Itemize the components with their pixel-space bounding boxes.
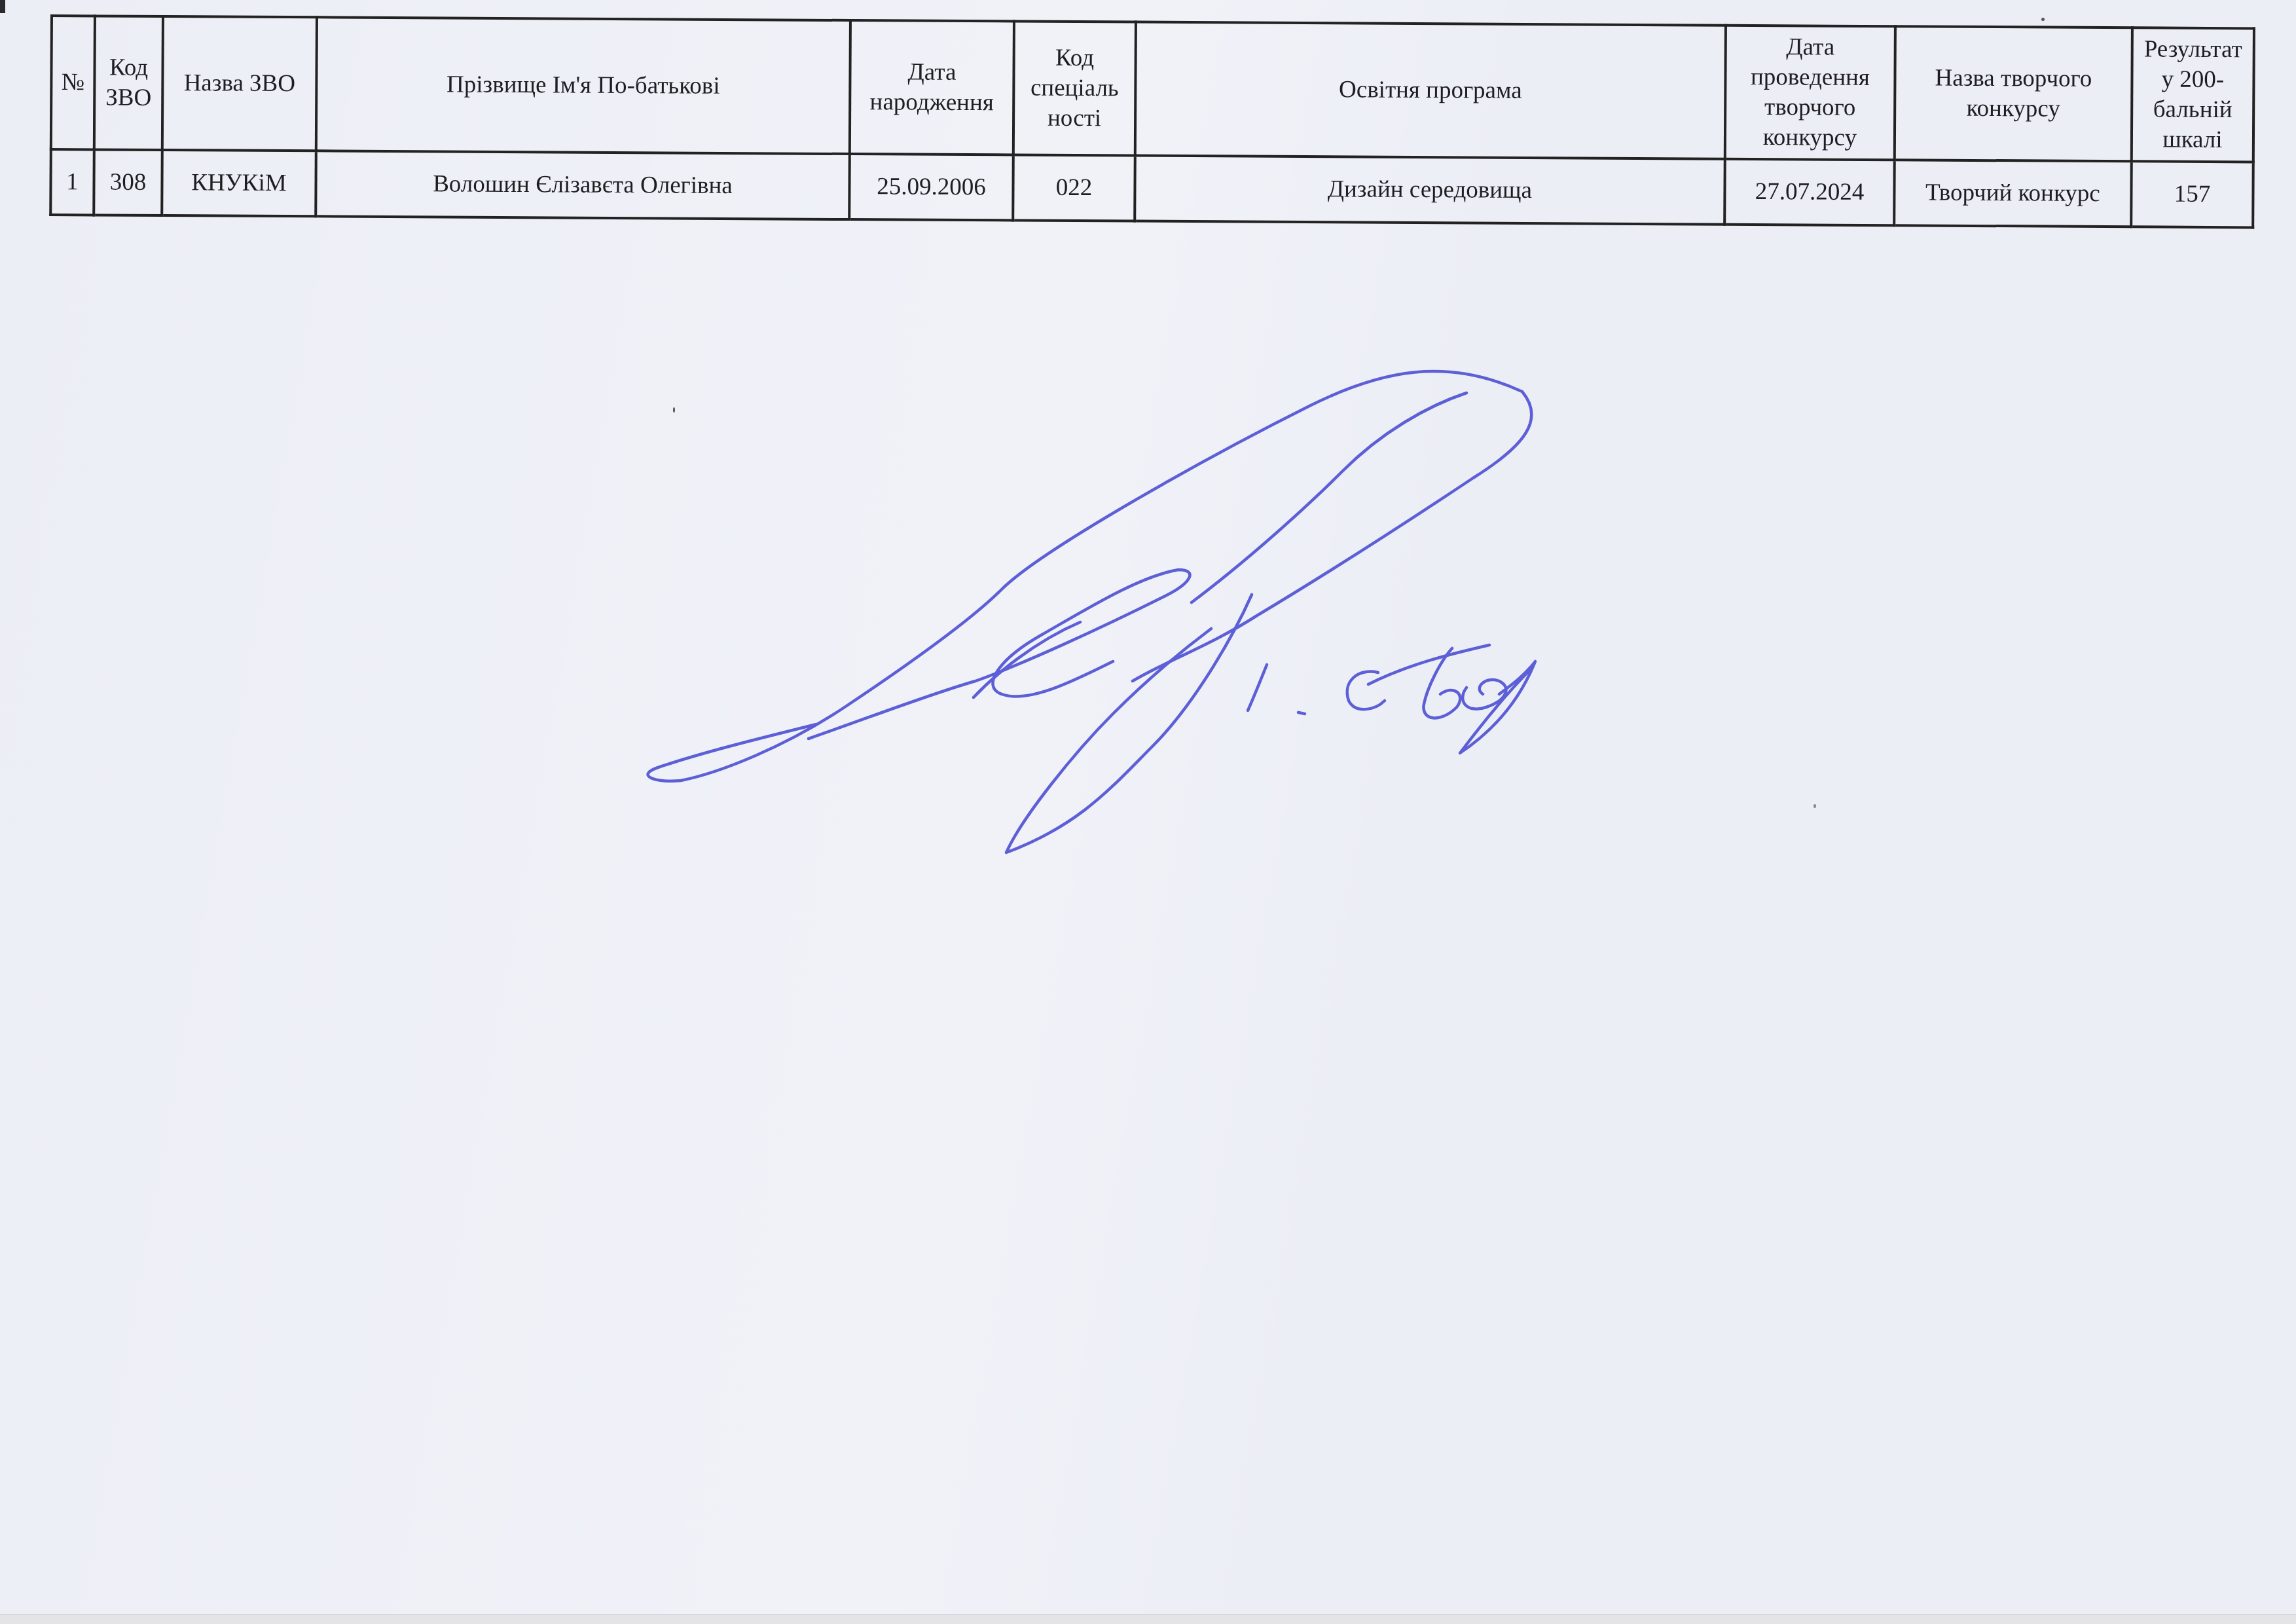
results-table: № Код ЗВО Назва ЗВО Прізвище Ім'я По-бат… (49, 14, 2253, 229)
header-contest-name: Назва творчого конкурсу (1895, 26, 2132, 161)
table-header-row: № Код ЗВО Назва ЗВО Прізвище Ім'я По-бат… (51, 16, 2254, 162)
cell-institution-name: КНУКіМ (162, 150, 316, 216)
header-full-name: Прізвище Ім'я По-батькові (316, 17, 850, 154)
scan-speck (2041, 18, 2045, 21)
cell-full-name: Волошин Єлізавєта Олегівна (316, 151, 850, 219)
header-score: Результат у 200- бальній шкалі (2132, 28, 2254, 162)
cell-contest-date: 27.07.2024 (1724, 159, 1895, 225)
header-specialty-code: Код спеціаль ності (1013, 21, 1136, 155)
scan-speck (673, 407, 675, 413)
header-contest-date: Дата проведення творчого конкурсу (1725, 26, 1895, 160)
cell-birth-date: 25.09.2006 (849, 154, 1013, 220)
cell-specialty-code: 022 (1013, 155, 1135, 221)
header-educational-program: Освітня програма (1135, 22, 1726, 159)
table-row: 1 308 КНУКіМ Волошин Єлізавєта Олегівна … (50, 149, 2253, 227)
scan-speck (1813, 804, 1816, 808)
header-number: № (51, 16, 95, 149)
header-institution-name: Назва ЗВО (162, 16, 317, 151)
paper-shading (0, 0, 2296, 1624)
header-birth-date: Дата народження (850, 20, 1014, 155)
cell-educational-program: Дизайн середовища (1135, 156, 1725, 225)
scan-edge (0, 0, 5, 13)
cell-contest-name: Творчий конкурс (1894, 160, 2132, 227)
cell-score: 157 (2131, 161, 2253, 227)
scanner-bottom-edge (0, 1614, 2296, 1624)
header-institution-code: Код ЗВО (94, 16, 163, 150)
cell-institution-code: 308 (94, 149, 162, 215)
handwritten-signature (0, 0, 2296, 1624)
cell-number: 1 (50, 149, 94, 215)
